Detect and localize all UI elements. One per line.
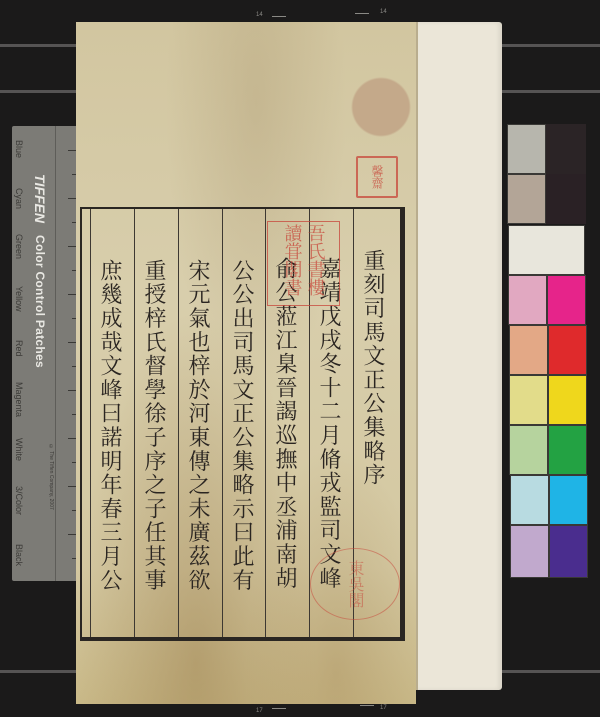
- patch-label-magenta: Magenta: [14, 382, 24, 417]
- patch-magenta: [547, 275, 586, 325]
- patch-green: [548, 425, 587, 475]
- bottom-ruler-label: 17: [256, 708, 263, 714]
- text-column-7: 庶幾成哉文峰曰諾明年春三月公: [97, 259, 121, 592]
- copyright-text: © The Tiffen Company, 2007: [48, 444, 54, 510]
- seal-small-square: 馨齋: [356, 156, 398, 198]
- patch-label-cyan: Cyan: [14, 188, 24, 209]
- color-patch-panel: [507, 124, 590, 578]
- patch-label-blue: Blue: [14, 140, 24, 158]
- top-ruler-label: 14: [256, 12, 263, 18]
- top-ruler-label: 14: [380, 9, 387, 15]
- seal-large-square: 吾氏書樓讀甞閣書: [267, 221, 340, 306]
- patch-label-red: Red: [14, 340, 24, 357]
- seal-round: 東吳閣: [310, 548, 400, 620]
- patch-taupe: [507, 174, 546, 224]
- patch-label-column: Blue Cyan Green Yellow Red Magenta White…: [14, 126, 30, 581]
- tiffen-color-control-strip: Blue Cyan Green Yellow Red Magenta White…: [12, 126, 78, 581]
- patch-near-black: [546, 174, 586, 224]
- patch-white: [508, 225, 585, 275]
- patch-label-white: White: [14, 438, 24, 461]
- ruler-scale: [55, 126, 78, 581]
- text-column-1: 重刻司馬文正公集略序: [360, 249, 384, 487]
- bottom-ruler-mark: [360, 705, 374, 706]
- text-column-5: 宋元氣也梓於河東傳之未廣茲欲: [185, 259, 209, 592]
- top-ruler-mark: [355, 13, 369, 14]
- patch-cyan: [549, 475, 588, 525]
- tiffen-logo: TIFFEN: [32, 174, 48, 223]
- patch-yellow: [548, 375, 587, 425]
- patch-dark-gray: [546, 124, 586, 174]
- patch-label-3color: 3/Color: [14, 486, 24, 515]
- bottom-ruler-label: 17: [380, 705, 387, 711]
- patch-light-gray: [507, 124, 546, 174]
- column-rule: [222, 209, 223, 637]
- tiffen-brand: TIFFEN Color Control Patches: [32, 174, 48, 368]
- text-column-4: 公公出司馬文正公集略示曰此有: [229, 259, 253, 592]
- patch-light-yellow: [509, 375, 548, 425]
- strip-title: Color Control Patches: [33, 235, 47, 368]
- patch-red: [548, 325, 587, 375]
- patch-violet: [549, 525, 588, 578]
- top-ruler-mark: [272, 16, 286, 17]
- patch-light-green: [509, 425, 548, 475]
- text-column-2: 嘉靖戊戌冬十二月脩戎監司文峰: [316, 257, 340, 590]
- patch-light-pink: [508, 275, 547, 325]
- column-rule: [134, 209, 135, 637]
- column-rule: [90, 209, 91, 637]
- book-cover-edge: [416, 22, 502, 690]
- text-column-6: 重授梓氏督學徐子序之子任其事: [141, 259, 165, 592]
- patch-label-yellow: Yellow: [14, 286, 24, 312]
- patch-label-black: Black: [14, 544, 24, 566]
- patch-light-cyan: [510, 475, 549, 525]
- bottom-ruler-mark: [272, 708, 286, 709]
- text-column-3: 俞公蒞江臬晉謁巡撫中丞浦南胡: [272, 257, 296, 590]
- column-rule: [265, 209, 266, 637]
- patch-label-green: Green: [14, 234, 24, 259]
- patch-light-orange: [509, 325, 548, 375]
- column-rule: [178, 209, 179, 637]
- patch-light-purple: [510, 525, 549, 578]
